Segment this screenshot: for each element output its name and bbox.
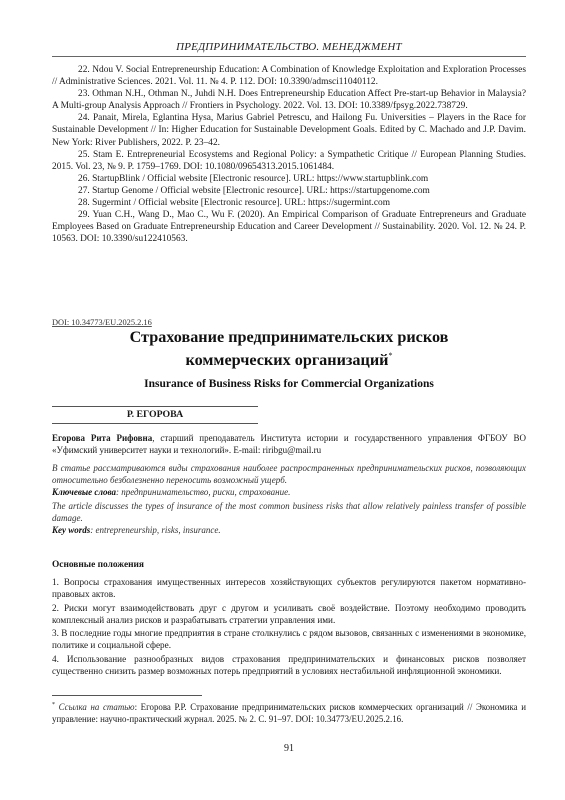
footnote-marker[interactable]: * bbox=[389, 351, 393, 360]
keywords-ru-values: : предпринимательство, риски, страховани… bbox=[116, 487, 290, 497]
reference-item: 27. Startup Genome / Official website [E… bbox=[52, 185, 526, 197]
keywords-en: Key words: entrepreneurship, risks, insu… bbox=[52, 525, 526, 537]
main-point-item: 4. Использование разнообразных видов стр… bbox=[52, 653, 526, 677]
abstract-ru: В статье рассматриваются виды страховани… bbox=[52, 463, 526, 487]
main-point-item: 1. Вопросы страхования имущественных инт… bbox=[52, 576, 526, 600]
title-ru-line-2: коммерческих организаций* bbox=[52, 347, 526, 370]
page-number: 91 bbox=[52, 743, 526, 754]
author-full-name: Егорова Рита Рифовна bbox=[52, 433, 152, 443]
reference-item: 23. Othman N.H., Othman N., Juhdi N.H. D… bbox=[52, 88, 526, 112]
footnote-mark: * bbox=[52, 702, 55, 708]
main-points-list: 1. Вопросы страхования имущественных инт… bbox=[52, 576, 526, 679]
article-title-en: Insurance of Business Risks for Commerci… bbox=[52, 378, 526, 390]
abstract-en: The article discusses the types of insur… bbox=[52, 501, 526, 525]
citation-footnote: * Ссылка на статью: Егорова Р.Р. Страхов… bbox=[52, 700, 526, 726]
running-head: ПРЕДПРИНИМАТЕЛЬСТВО. МЕНЕДЖМЕНТ bbox=[52, 41, 526, 53]
reference-item: 25. Stam E. Entrepreneurial Ecosystems a… bbox=[52, 149, 526, 173]
author-info: Егорова Рита Рифовна, старший преподават… bbox=[52, 432, 526, 456]
author-short-name: Р. ЕГОРОВА bbox=[52, 406, 258, 424]
keywords-ru: Ключевые слова: предпринимательство, рис… bbox=[52, 487, 526, 499]
footnote-label: Ссылка на статью bbox=[59, 702, 135, 712]
title-ru-line-2-text: коммерческих организаций bbox=[186, 351, 389, 369]
article-title-ru: Страхование предпринимательских рисков к… bbox=[52, 328, 526, 369]
title-ru-line-1: Страхование предпринимательских рисков bbox=[52, 328, 526, 347]
reference-item: 28. Sugermint / Official website [Electr… bbox=[52, 197, 526, 209]
keywords-en-label: Key words bbox=[52, 525, 90, 535]
header-rule bbox=[52, 56, 526, 57]
main-point-item: 3. В последние годы многие предприятия в… bbox=[52, 627, 526, 651]
reference-list: 22. Ndou V. Social Entrepreneurship Educ… bbox=[52, 64, 526, 245]
footnote-rule bbox=[52, 695, 202, 696]
keywords-ru-label: Ключевые слова bbox=[52, 487, 116, 497]
abstract-block: В статье рассматриваются виды страховани… bbox=[52, 463, 526, 537]
reference-item: 26. StartupBlink / Official website [Ele… bbox=[52, 173, 526, 185]
main-points-heading: Основные положения bbox=[52, 560, 144, 570]
main-point-item: 2. Риски могут взаимодействовать друг с … bbox=[52, 602, 526, 626]
reference-item: 29. Yuan C.H., Wang D., Mao C., Wu F. (2… bbox=[52, 209, 526, 245]
article-doi-link[interactable]: DOI: 10.34773/EU.2025.2.16 bbox=[52, 318, 152, 327]
keywords-en-values: : entrepreneurship, risks, insurance. bbox=[90, 525, 220, 535]
reference-item: 24. Panait, Mirela, Eglantina Hysa, Mari… bbox=[52, 112, 526, 148]
reference-item: 22. Ndou V. Social Entrepreneurship Educ… bbox=[52, 64, 526, 88]
